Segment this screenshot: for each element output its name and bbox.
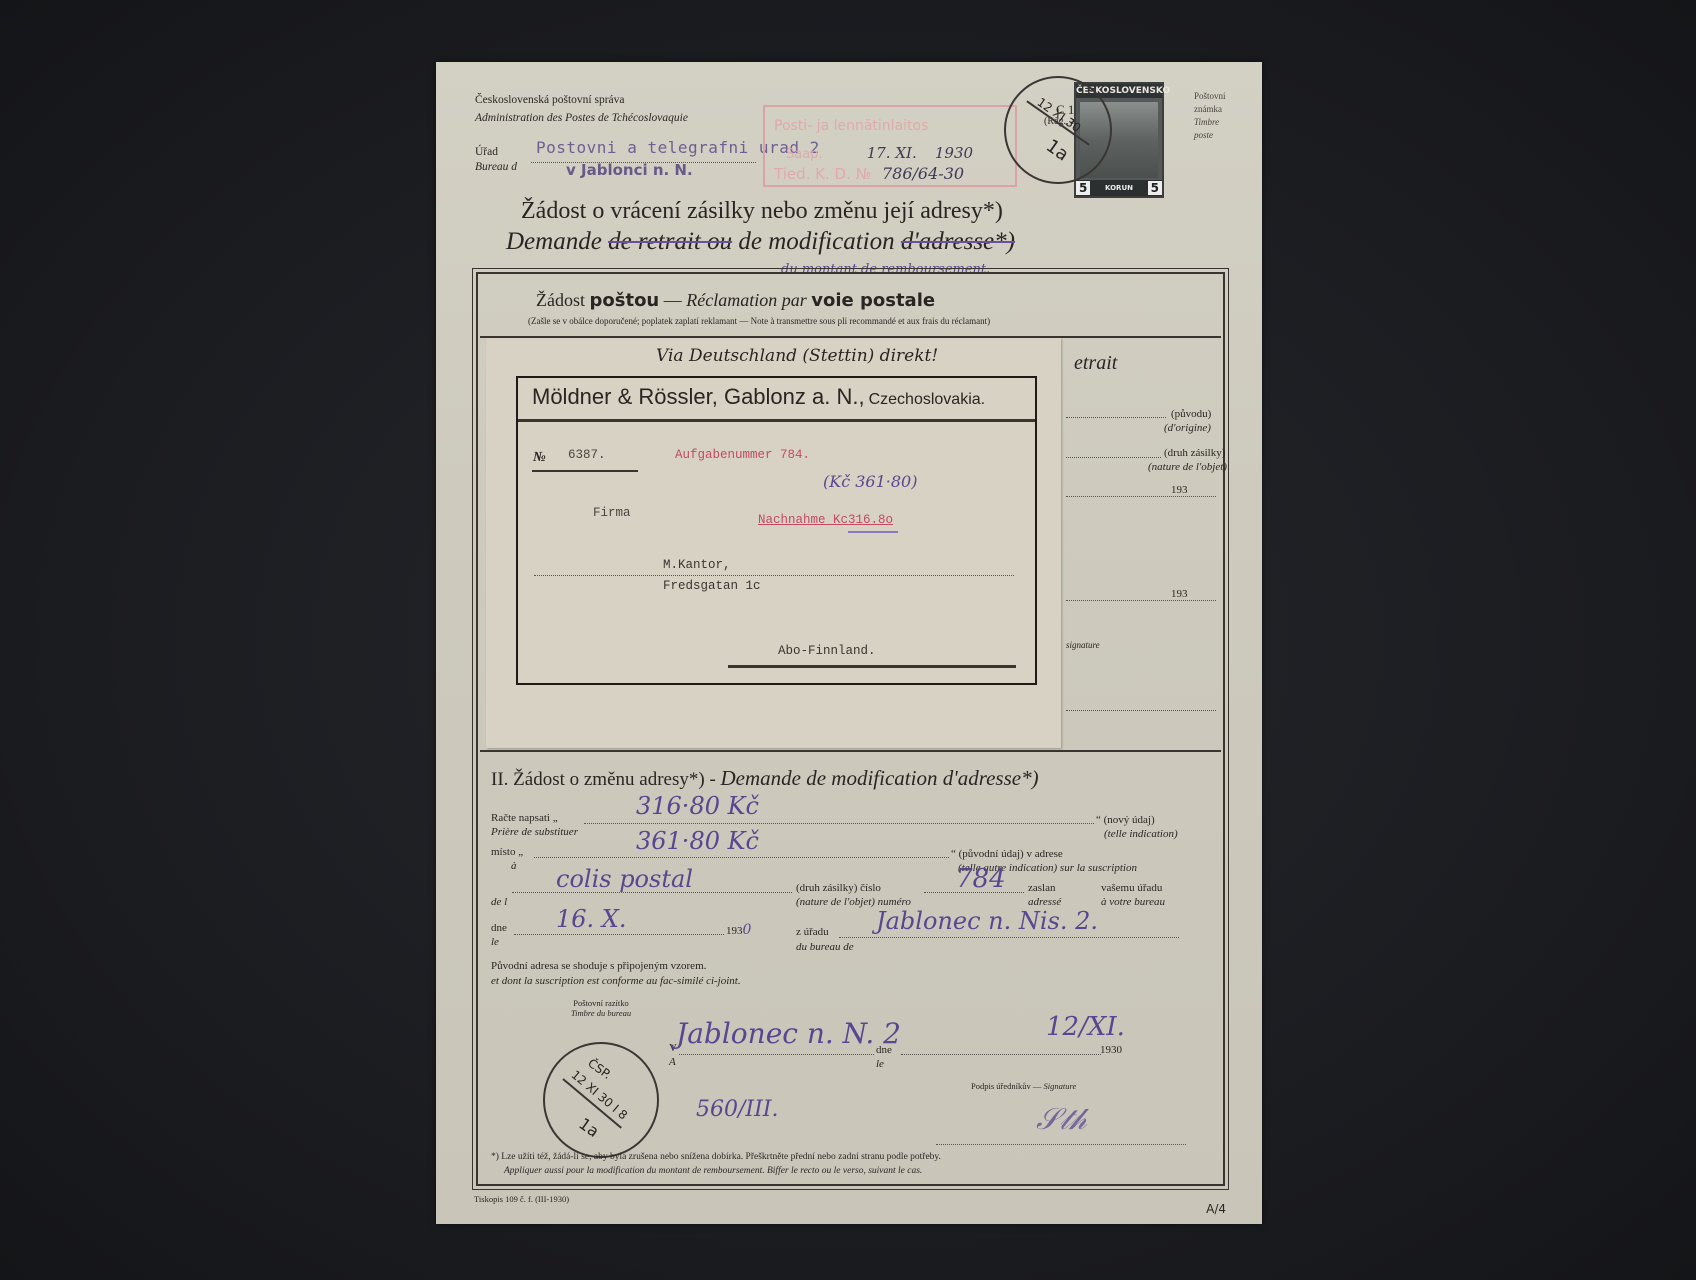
place-line [679, 1054, 874, 1055]
saap-date: 17. XI. [867, 144, 917, 162]
company-line: Möldner & Rössler, Gablonz a. N., Czecho… [532, 384, 985, 410]
sheet-mark: A/4 [1206, 1202, 1226, 1216]
a-label: à [511, 860, 517, 872]
stamp-value-bar: 5 KORUN 5 [1076, 180, 1162, 196]
year-193-b: 193 [1171, 588, 1188, 600]
section1-subnote: (Zašle se v obálce doporučené; poplatek … [528, 316, 990, 326]
field-line [1066, 600, 1216, 601]
date-label-cz: dne [876, 1044, 892, 1056]
puvodu-label: (původu) [1171, 408, 1211, 420]
admin-fr: Administration des Postes de Tchécoslova… [475, 112, 688, 124]
zaslan-label: zaslan [1028, 882, 1055, 894]
place-value: Jablonec n. N. 2 [676, 1017, 901, 1050]
racte-label: Račte napsati „ [491, 812, 558, 824]
zuradu-line [839, 937, 1179, 938]
puvodni-label: “ (původní údaj) v adrese [951, 848, 1063, 860]
misto-value: 361·80 Kč [636, 827, 759, 855]
tied-label: Tied. K. D. № [774, 165, 871, 183]
bureau-label: Bureau d [475, 161, 517, 173]
section2-heading: II. Žádost o změnu adresy*) - Demande de… [491, 766, 1039, 791]
print-reference: Tiskopis 109 č. f. (III-1930) [474, 1194, 569, 1204]
cislo-value: 784 [956, 864, 1006, 894]
racte-line [584, 823, 1094, 824]
handwritten-amount: (Kč 361·80) [823, 472, 917, 491]
racte-value: 316·80 Kč [636, 792, 759, 820]
signature-line [936, 1144, 1186, 1145]
telle-label: (telle indication) [1104, 828, 1178, 840]
postmark-top: 12 XI 30 1a [1004, 76, 1112, 184]
shoduje-fr: et dont la suscription est conforme au f… [491, 975, 741, 987]
recipient-street: Fredsgatan 1c [663, 579, 761, 593]
number-symbol: № [533, 450, 546, 466]
dne-line [514, 934, 724, 935]
label-frame: Möldner & Rössler, Gablonz a. N., Czecho… [516, 376, 1037, 685]
stamp-value-right: 5 [1148, 181, 1162, 195]
recipient-line [534, 575, 1014, 576]
signature-label-s1: signature [1066, 640, 1100, 650]
dne-value: 16. X. [556, 905, 627, 933]
year-193-a: 193 [1171, 484, 1188, 496]
zuradu-value: Jablonec n. Nis. 2. [876, 907, 1098, 935]
footnote-cz: *) Lze užíti též, žádá-li se, aby byla z… [491, 1152, 941, 1162]
form-title-fr: Demande de retrait ou de modification d'… [506, 228, 1015, 256]
novy-label: “ (nový údaj) [1096, 814, 1155, 826]
votre-bureau-label: à votre bureau [1101, 896, 1165, 908]
stamp-value-left: 5 [1076, 181, 1090, 195]
year-prefix: 1930 [726, 922, 751, 938]
city-underline [728, 665, 1016, 668]
receiving-stamp-saap: Saap. 17. XI. 1930 [786, 144, 973, 162]
recipient-name: M.Kantor, [663, 558, 731, 572]
label-number: 6387. [568, 448, 606, 462]
saap-year: 1930 [935, 144, 973, 162]
misto-label: místo „ [491, 846, 523, 858]
struck-retrait: de retrait ou [608, 228, 732, 255]
date-label-fr: le [876, 1058, 884, 1070]
stamp-currency: KORUN [1105, 184, 1133, 192]
aufgabenummer: Aufgabenummer 784. [675, 448, 810, 462]
receiving-stamp-title: Posti- ja lennätinlaitos [774, 118, 928, 134]
shoduje-cz: Původní adresa se shoduje s připojeným v… [491, 960, 706, 972]
form-title-cz: Žádost o vrácení zásilky nebo změnu její… [521, 198, 1003, 225]
du-bureau-label: du bureau de [796, 941, 854, 953]
route-handwritten: Via Deutschland (Stettin) direkt! [656, 346, 938, 366]
postal-form-sheet: Československá poštovní správa Administr… [436, 62, 1262, 1224]
place-label-fr: A [669, 1056, 676, 1068]
origine-label: (d'origine) [1164, 422, 1211, 434]
footnote-fr: Appliquer aussi pour la modification du … [504, 1166, 922, 1176]
vasemu-label: vašemu úřadu [1101, 882, 1162, 894]
field-line [1066, 417, 1166, 418]
tied-number: 786/64-30 [882, 164, 964, 183]
druh-label: (druh zásilky) [1164, 447, 1225, 459]
stamp-box-label: Poštovní známka Timbre poste [1194, 90, 1254, 142]
firma-label: Firma [593, 506, 631, 520]
stamp-caption: Poštovní razítko Timbre du bureau [551, 998, 651, 1018]
postmark-top-date: 12 XI 30 [1035, 95, 1084, 135]
urad-label: Úřad [475, 146, 498, 158]
postmark-bottom-number: 1a [575, 1114, 602, 1141]
saap-label: Saap. [786, 147, 823, 162]
behind-label-retrait: etrait [1074, 352, 1117, 375]
nachnahme-purple-underline [848, 531, 898, 533]
official-signature: 𝒮𝓉𝒽 [1036, 1102, 1087, 1137]
postmark-top-number: 1a [1042, 135, 1072, 165]
section1-heading: Žádost poštou — Réclamation par voie pos… [536, 290, 935, 311]
date-year: 1930 [1100, 1044, 1122, 1056]
signature-label: Podpis úředníkův — Signature [971, 1081, 1076, 1091]
company-country: Czechoslovakia. [869, 391, 986, 408]
misto-line [534, 857, 949, 858]
ref-number: 560/III. [696, 1097, 778, 1122]
receiving-stamp-tied: Tied. K. D. № 786/64-30 [774, 164, 964, 183]
nature-label: (nature de l'objet) [1148, 461, 1227, 473]
dne-label: dne [491, 922, 507, 934]
nachnahme-amount: Nachnahme Kc316.8o [758, 513, 893, 527]
field-line [1066, 710, 1216, 711]
date-line [901, 1054, 1101, 1055]
postmark-bottom: ČSP. 12 XI 30 I 8 1a [543, 1042, 659, 1158]
druh-value: colis postal [556, 865, 693, 893]
zuradu-label: z úřadu [796, 926, 829, 938]
le-label: le [491, 936, 499, 948]
number-underline [532, 470, 638, 472]
office-stamp-line2: v Jablonci n. N. [566, 161, 693, 179]
struck-adresse: d'adresse*) [901, 228, 1015, 255]
recipient-city: Abo-Finnland. [778, 644, 876, 658]
druh-zasilky-label: (druh zásilky) číslo [796, 882, 881, 894]
company-name: Möldner & Rössler, Gablonz a. N., [532, 384, 865, 409]
substituer-label: Prière de substituer [491, 826, 578, 838]
section2-divider [480, 750, 1221, 752]
field-line [1066, 457, 1161, 458]
field-line [1066, 496, 1216, 497]
del-label: de l [491, 896, 507, 908]
label-header-rule [518, 419, 1035, 422]
admin-cz: Československá poštovní správa [475, 94, 624, 106]
pasted-shipping-label: Via Deutschland (Stettin) direkt! Möldne… [486, 338, 1061, 748]
date-value: 12/XI. [1046, 1012, 1125, 1042]
